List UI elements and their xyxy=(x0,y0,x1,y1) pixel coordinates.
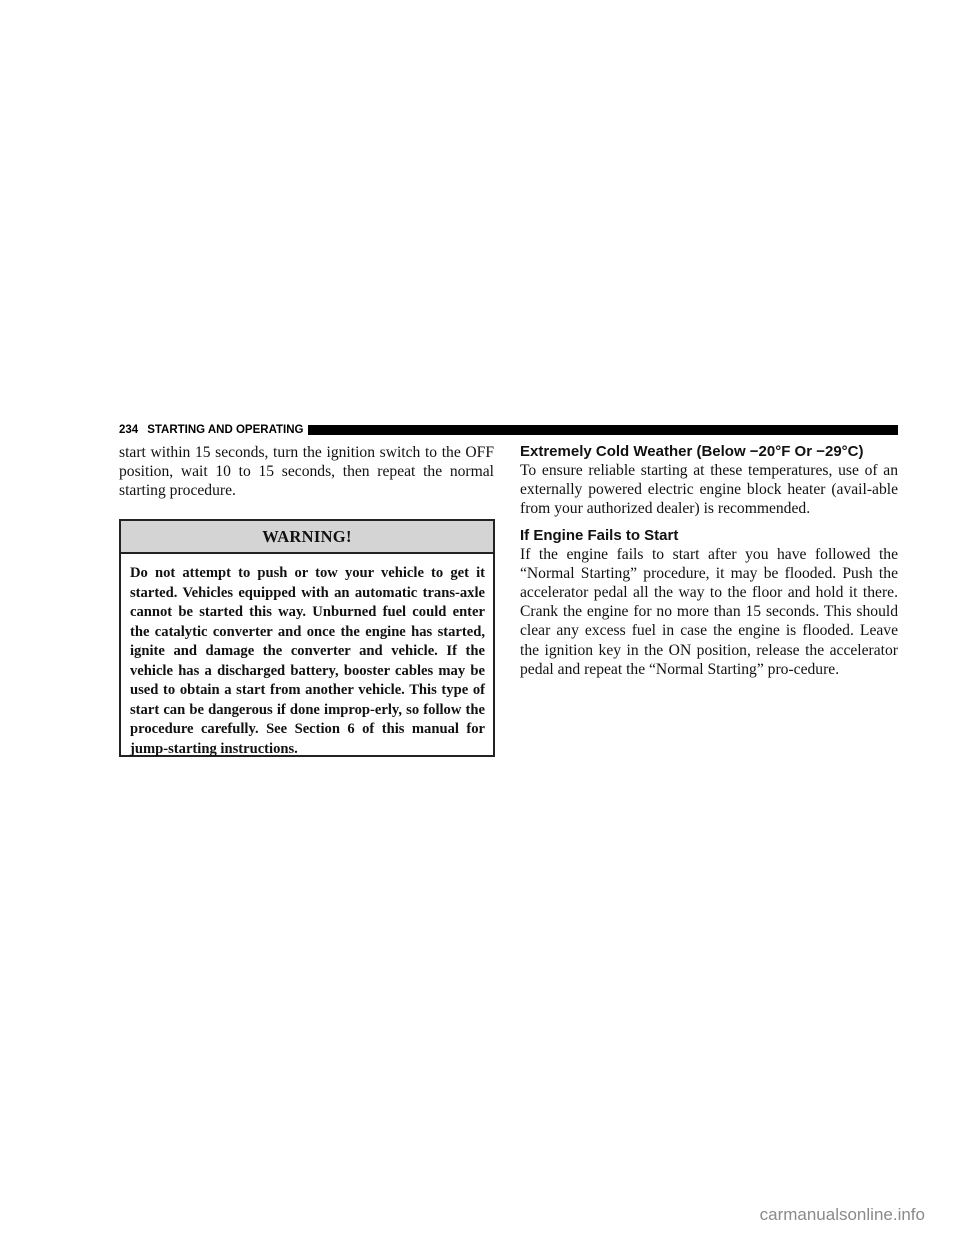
intro-paragraph: start within 15 seconds, turn the igniti… xyxy=(119,443,494,501)
heading-engine-fails: If Engine Fails to Start xyxy=(520,527,898,545)
paragraph-engine-fails: If the engine fails to start after you h… xyxy=(520,545,898,679)
warning-header: WARNING! xyxy=(121,521,493,554)
warning-title: WARNING! xyxy=(262,527,351,547)
header-rule-bar xyxy=(308,425,899,435)
warning-body: Do not attempt to push or tow your vehic… xyxy=(121,554,493,759)
right-column: Extremely Cold Weather (Below −20°F Or −… xyxy=(520,443,898,679)
watermark-link[interactable]: carmanualsonline.info xyxy=(760,1205,925,1225)
page-header: 234 STARTING AND OPERATING xyxy=(119,423,898,437)
heading-cold-weather: Extremely Cold Weather (Below −20°F Or −… xyxy=(520,443,898,461)
section-title: STARTING AND OPERATING xyxy=(147,424,303,436)
paragraph-cold-weather: To ensure reliable starting at these tem… xyxy=(520,461,898,519)
warning-box: WARNING! Do not attempt to push or tow y… xyxy=(119,519,495,757)
left-column: start within 15 seconds, turn the igniti… xyxy=(119,443,494,501)
page-number: 234 xyxy=(119,424,138,436)
